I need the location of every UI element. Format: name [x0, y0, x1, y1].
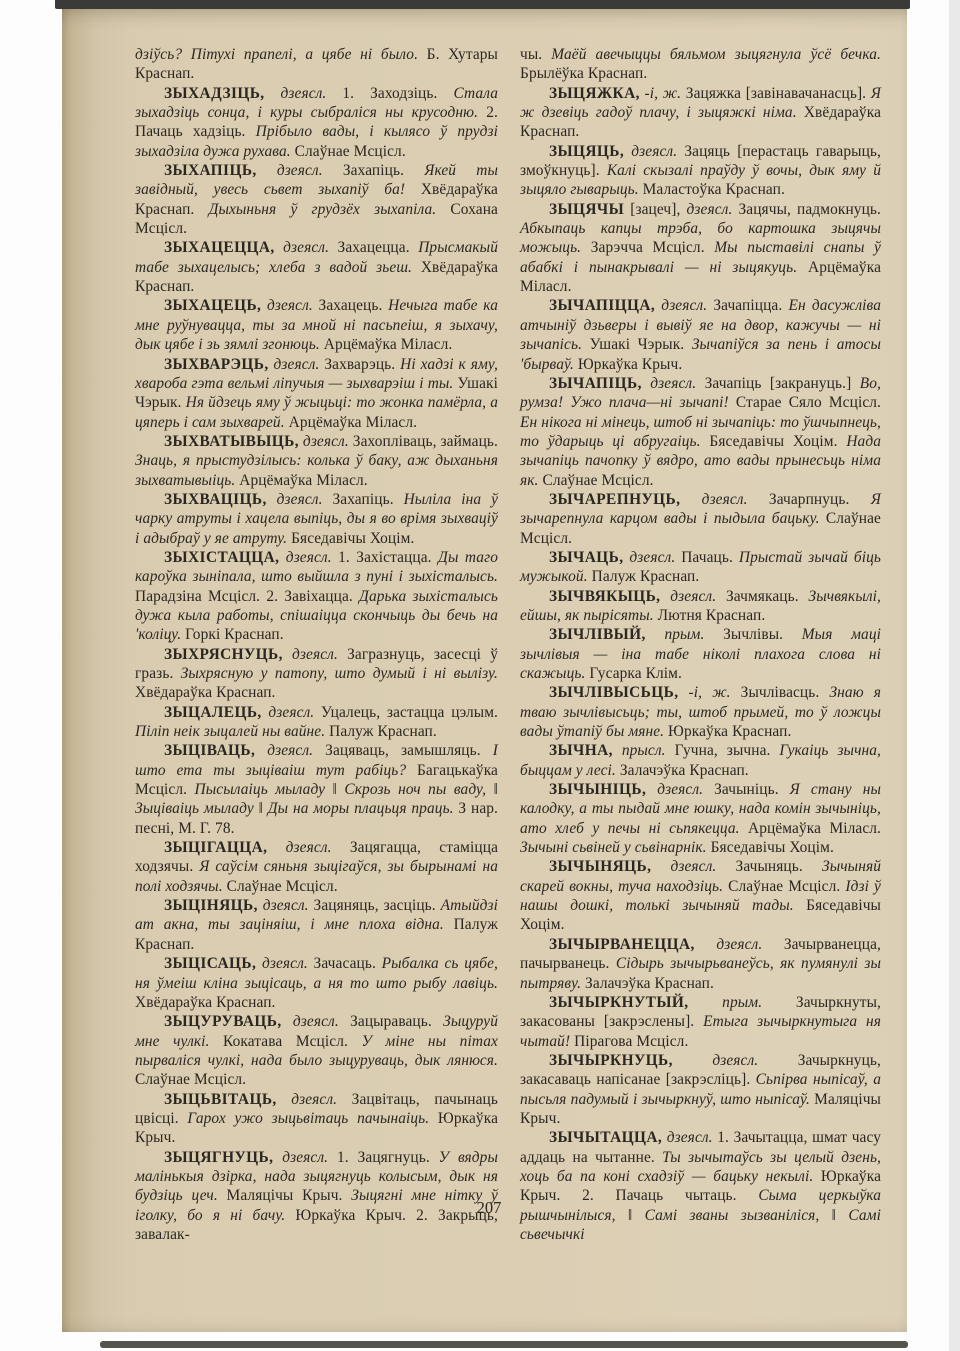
regular-text: Зычлівасць. — [731, 684, 830, 701]
italic-text: дзеясл. — [283, 646, 338, 663]
italic-text: прым. — [688, 994, 762, 1011]
regular-text: Палуж Краснап. — [588, 568, 700, 585]
italic-text: Зыхрясную у патопу, што думый і ні выліз… — [181, 665, 498, 682]
italic-text: дзіўсь? Пітухі прапелі, а цябе ні было. — [135, 46, 418, 63]
headword: ЗЫХІСТАЦЦА, — [164, 549, 279, 566]
regular-text: Лютня Краснап. — [654, 607, 766, 624]
regular-text: Юркаўка Краснап. — [664, 723, 791, 740]
regular-text: Слаўнае Мсцісл. — [135, 1071, 246, 1088]
italic-text: дзеясл. — [262, 704, 315, 721]
regular-text: Хвёдараўка Краснап. — [135, 994, 276, 1011]
headword: ЗЫХАПІЦЬ, — [164, 162, 257, 179]
scan-top-edge — [55, 0, 910, 9]
regular-text: Зацяжка [завінавачанасць]. — [681, 85, 871, 102]
headword: ЗЫЦУРУВАЦЬ, — [164, 1013, 282, 1030]
dictionary-entry: ЗЫЦАЛЕЦЬ, дзеясл. Уцалець, застацца цэлы… — [135, 703, 498, 742]
headword: ЗЫЧНА, — [549, 742, 613, 759]
dictionary-entry: ЗЫЧАПІЦЦА, дзеясл. Зачапіцца. Ен дасужлі… — [520, 296, 881, 373]
italic-text: Маёй авечыццы бяльмом зыцягнула ўсё бечк… — [551, 46, 881, 63]
regular-text: Захацець. — [313, 297, 388, 314]
regular-text: Зачыніць. — [703, 781, 790, 798]
headword: ЗЫЦАЛЕЦЬ, — [164, 704, 262, 721]
dictionary-entry: ЗЫХВАРЭЦЬ, дзеясл. Захварэць. Ні хадзі к… — [135, 355, 498, 432]
dictionary-entry: ЗЫЦЬВІТАЦЬ, дзеясл. Зацвітаць, пачынаць … — [135, 1090, 498, 1148]
regular-text: Слаўнае Мсцісл. — [539, 472, 654, 489]
italic-text: Гарох ужо зыцьвітаць пачынаіць. — [187, 1110, 429, 1127]
dictionary-entry: ЗЫЧЫТАЦЦА, дзеясл. 1. Зачытацца, шмат ча… — [520, 1128, 881, 1244]
italic-text: дзеясл. — [265, 85, 327, 102]
regular-text: Пірагова Мсцісл. — [570, 1033, 688, 1050]
regular-text: Слаўнае Мсцісл. — [223, 878, 338, 895]
italic-text: прысл. — [613, 742, 666, 759]
regular-text: Арцёмаўка Міласл. — [740, 820, 881, 837]
italic-text: дзеясл. — [261, 297, 313, 314]
italic-text: дзеясл. — [255, 742, 313, 759]
dictionary-entry: ЗЫЧЫРВАНЕЦЦА, дзеясл. Зачырванецца, пачы… — [520, 935, 881, 993]
regular-text: 1. Заходзіць. — [326, 85, 453, 102]
regular-text: Пачаць. — [675, 549, 739, 566]
headword: ЗЫХАЦЕЦЦА, — [164, 239, 275, 256]
italic-text: дзеясл. — [275, 239, 329, 256]
regular-text: Бяседавічы Хоцім. — [287, 530, 414, 547]
regular-text: Захапіць. — [323, 162, 425, 179]
dictionary-entry: ЗЫЧНА, прысл. Гучна, зычна. Гукаіць зычн… — [520, 741, 881, 780]
dictionary-entry: ЗЫЦІСАЦЬ, дзеясл. Зачасаць. Рыбалка сь ц… — [135, 954, 498, 1012]
headword: ЗЫЧАПІЦЦА, — [549, 297, 655, 314]
dictionary-entry: ЗЫХВАТЫВЫЦЬ, дзеясл. Захопліваць, займац… — [135, 432, 498, 490]
regular-text: Зачапіць [закрануць.] — [696, 375, 860, 392]
regular-text: [зацеч], — [624, 201, 686, 218]
regular-text: Захацецца. — [329, 239, 418, 256]
regular-text: Гусарка Клім. — [585, 665, 682, 682]
italic-text: дзеясл. — [651, 858, 716, 875]
dictionary-entry: ЗЫЧАРЕПНУЦЬ, дзеясл. Зачарпнуць. Я зычар… — [520, 490, 881, 548]
regular-text: Старае Сяло Мсцісл. — [729, 394, 881, 411]
italic-text: дзеясл. — [623, 549, 675, 566]
italic-text: Дыхыньня ў грудзёх зыхапіла. — [209, 201, 437, 218]
headword: ЗЫЦЯГНУЦЬ, — [164, 1149, 273, 1166]
italic-text: дзеясл. — [256, 955, 308, 972]
regular-text: Арцёмаўка Міласл. — [235, 472, 367, 489]
headword: ЗЫЧАПІЦЬ, — [549, 375, 642, 392]
dictionary-entry: ЗЫЦЯЖКА, -і, ж. Зацяжка [завінавачанасць… — [520, 84, 881, 142]
headword: ЗЫЧЫРКНУТЫЙ, — [549, 994, 688, 1011]
regular-text: Гучна, зычна. — [666, 742, 780, 759]
headword: ЗЫЧЛІВЫЙ, — [549, 626, 646, 643]
regular-text: Слаўнае Мсцісл. — [723, 878, 845, 895]
dictionary-entry: ЗЫЧЫНІЦЬ, дзеясл. Зачыніць. Я стану ны к… — [520, 780, 881, 857]
headword: ЗЫЦІСАЦЬ, — [164, 955, 256, 972]
dictionary-entry: ЗЫХРЯСНУЦЬ, дзеясл. Загразнуць, засесці … — [135, 645, 498, 703]
dictionary-entry: ЗЫЧЛІВЫЙ, прым. Зычлівы. Мыя маці зычлів… — [520, 625, 881, 683]
italic-text: дзеясл. — [258, 897, 309, 914]
headword: ЗЫЧЫРВАНЕЦЦА, — [549, 936, 695, 953]
italic-text: дзеясл. — [695, 936, 762, 953]
regular-text: Бяседавічы Хоцім. — [701, 433, 847, 450]
dictionary-entry: ЗЫХВАЦІЦЬ, дзеясл. Захапіць. Ныліла іна … — [135, 490, 498, 548]
regular-text: Зацяваць, замышляць. — [313, 742, 493, 759]
scanned-page: дзіўсь? Пітухі прапелі, а цябе ні было. … — [62, 9, 907, 1332]
italic-text: дзеясл. — [279, 549, 331, 566]
regular-text: Арцёмаўка Міласл. — [320, 336, 452, 353]
headword: ЗЫЧЫНЯЦЬ, — [549, 858, 651, 875]
headword: ЗЫЦЯЦЬ, — [549, 143, 624, 160]
dictionary-entry: ЗЫЧАПІЦЬ, дзеясл. Зачапіць [закрануць.] … — [520, 374, 881, 490]
italic-text: дзеясл. — [673, 1052, 758, 1069]
dictionary-entry: чы. Маёй авечыццы бяльмом зыцягнула ўсё … — [520, 45, 881, 84]
italic-text: дзеясл. — [277, 1091, 337, 1108]
italic-text: Зычыні сьвіней у сьвінарнік. — [520, 839, 707, 856]
dictionary-entry: ЗЫЦУРУВАЦЬ, дзеясл. Зацыраваць. Зыцуруй … — [135, 1012, 498, 1089]
regular-text: Ушакі Чэрык. — [582, 336, 692, 353]
regular-text: чы. — [520, 46, 551, 63]
italic-text: дзеясл. — [655, 297, 707, 314]
italic-text: дзеясл. — [642, 375, 696, 392]
regular-text: Зачмякаць. — [716, 588, 808, 605]
dictionary-entry: ЗЫЦЯЧЫ [зацеч], дзеясл. Зацячы, падмокну… — [520, 200, 881, 297]
headword: ЗЫЦІВАЦЬ, — [164, 742, 255, 759]
italic-text: Піліп неік зыцалей ны вайне. — [135, 723, 325, 740]
headword: ЗЫЧЛІВЫСЬЦЬ, — [549, 684, 678, 701]
regular-text: Зачасаць. — [308, 955, 382, 972]
regular-text: Залачэўка Краснап. — [581, 975, 714, 992]
headword: ЗЫХАДЗІЦЬ, — [164, 85, 265, 102]
headword: ЗЫЧВЯКЫЦЬ, — [549, 588, 660, 605]
regular-text: Зарэчча Мсцісл. — [581, 239, 714, 256]
headword: ЗЫХВАРЭЦЬ, — [164, 356, 269, 373]
regular-text: Зацячы, падмокнуць. — [732, 201, 881, 218]
headword: ЗЫЦІНЯЦЬ, — [164, 897, 258, 914]
dictionary-entry: ЗЫХАПІЦЬ, дзеясл. Захапіць. Якей ты заві… — [135, 161, 498, 238]
regular-text: Захопліваць, займаць. — [349, 433, 498, 450]
regular-text: Зацяняць, засціць. — [309, 897, 441, 914]
italic-text: -і, ж. — [640, 85, 681, 102]
italic-text: прым. — [646, 626, 705, 643]
regular-text: Слаўнае Мсцісл. — [291, 143, 406, 160]
dictionary-entry: ЗЫЧЫНЯЦЬ, дзеясл. Зачыняць. Зычыняй скар… — [520, 857, 881, 934]
headword: ЗЫХРЯСНУЦЬ, — [164, 646, 283, 663]
dictionary-entry: ЗЫЦІГАЦЦА, дзеясл. Зацягацца, стаміцца х… — [135, 838, 498, 896]
headword: ЗЫХАЦЕЦЬ, — [164, 297, 261, 314]
headword: ЗЫЦЬВІТАЦЬ, — [164, 1091, 277, 1108]
italic-text: дзеясл. — [267, 839, 331, 856]
italic-text: дзеясл. — [646, 781, 703, 798]
italic-text: дзеясл. — [680, 491, 747, 508]
regular-text: Брылёўка Краснап. — [520, 65, 647, 82]
dictionary-entry: ЗЫЦІВАЦЬ, дзеясл. Зацяваць, замышляць. І… — [135, 741, 498, 838]
italic-text: дзеясл. — [660, 588, 716, 605]
scan-right-edge — [949, 0, 960, 1351]
italic-text: дзеясл. — [267, 491, 323, 508]
regular-text: Зацыраваць. — [339, 1013, 443, 1030]
regular-text: 1. Захістацца. — [332, 549, 438, 566]
italic-text: дзеясл. — [257, 162, 323, 179]
headword: ЗЫЦІГАЦЦА, — [164, 839, 267, 856]
headword: ЗЫЦЯЧЫ — [549, 201, 624, 218]
dictionary-entry: ЗЫХАЦЕЦЬ, дзеясл. Захацець. Нечыга табе … — [135, 296, 498, 354]
headword: ЗЫЧЫНІЦЬ, — [549, 781, 646, 798]
right-column: чы. Маёй авечыццы бяльмом зыцягнула ўсё … — [520, 45, 881, 1244]
scan-bottom-edge — [100, 1341, 908, 1348]
headword: ЗЫЧЫРКНУЦЬ, — [549, 1052, 673, 1069]
regular-text: Зачапіцца. — [707, 297, 788, 314]
dictionary-entry: ЗЫЧВЯКЫЦЬ, дзеясл. Зачмякаць. Зычвякылі,… — [520, 587, 881, 626]
regular-text: 1. Зацягнуць. — [328, 1149, 439, 1166]
regular-text: Кокатава Мсцісл. — [210, 1033, 362, 1050]
dictionary-entry: ЗЫЦЯЦЬ, дзеясл. Зацяць [перастаць гавары… — [520, 142, 881, 200]
dictionary-entry: ЗЫЧАЦЬ, дзеясл. Пачаць. Прыстай зычай бі… — [520, 548, 881, 587]
page-number: 207 — [135, 1198, 843, 1218]
italic-text: дзеясл. — [624, 143, 677, 160]
regular-text: Зычлівы. — [704, 626, 801, 643]
dictionary-entry: ЗЫЧЫРКНУЦЬ, дзеясл. Зачыркнуць, закасава… — [520, 1051, 881, 1128]
regular-text: Хвёдараўка Краснап. — [135, 684, 276, 701]
headword: ЗЫХВАТЫВЫЦЬ, — [164, 433, 299, 450]
italic-text: дзеясл. — [269, 356, 320, 373]
dictionary-entry: ЗЫЦІНЯЦЬ, дзеясл. Зацяняць, засціць. Аты… — [135, 896, 498, 954]
headword: ЗЫЦЯЖКА, — [549, 85, 640, 102]
regular-text: Палуж Краснап. — [325, 723, 437, 740]
headword: ЗЫЧЫТАЦЦА, — [549, 1129, 662, 1146]
dictionary-entry: ЗЫЧЫРКНУТЫЙ, прым. Зачыркнуты, закасован… — [520, 993, 881, 1051]
regular-text: Бяседавічы Хоцім. — [707, 839, 834, 856]
regular-text: Зачарпнуць. — [748, 491, 871, 508]
headword: ЗЫЧАЦЬ, — [549, 549, 623, 566]
headword: ЗЫЧАРЕПНУЦЬ, — [549, 491, 680, 508]
dictionary-entry: ЗЫХІСТАЦЦА, дзеясл. 1. Захістацца. Ды та… — [135, 548, 498, 645]
dictionary-entry: ЗЫЦЯГНУЦЬ, дзеясл. 1. Зацягнуць. У вядры… — [135, 1148, 498, 1245]
regular-text: Парадзіна Мсцісл. 2. Завіхацца. — [135, 588, 359, 605]
italic-text: дзеясл. — [282, 1013, 339, 1030]
dictionary-entry: ЗЫХАЦЕЦЦА, дзеясл. Захацецца. Прысмакый … — [135, 238, 498, 296]
italic-text: дзеясл. — [687, 201, 733, 218]
regular-text: Зачыняць. — [716, 858, 822, 875]
regular-text: Горкі Краснап. — [181, 626, 283, 643]
dictionary-entry: дзіўсь? Пітухі прапелі, а цябе ні было. … — [135, 45, 498, 84]
regular-text: Маластоўка Краснап. — [639, 181, 785, 198]
regular-text: Залачэўка Краснап. — [616, 762, 749, 779]
regular-text: Захапіць. — [323, 491, 404, 508]
regular-text: Юркаўка Крыч. — [574, 356, 682, 373]
regular-text: Захварэць. — [319, 356, 400, 373]
dictionary-entry: ЗЫХАДЗІЦЬ, дзеясл. 1. Заходзіць. Стала з… — [135, 84, 498, 161]
italic-text: дзеясл. — [662, 1129, 712, 1146]
dictionary-entry: ЗЫЧЛІВЫСЬЦЬ, -і, ж. Зычлівасць. Знаю я т… — [520, 683, 881, 741]
left-column: дзіўсь? Пітухі прапелі, а цябе ні было. … — [135, 45, 498, 1244]
italic-text: -і, ж. — [678, 684, 730, 701]
headword: ЗЫХВАЦІЦЬ, — [164, 491, 267, 508]
regular-text: Арцёмаўка Міласл. — [285, 414, 417, 431]
italic-text: дзеясл. — [273, 1149, 328, 1166]
italic-text: дзеясл. — [299, 433, 349, 450]
regular-text: Уцалець, застацца цэлым. — [314, 704, 498, 721]
